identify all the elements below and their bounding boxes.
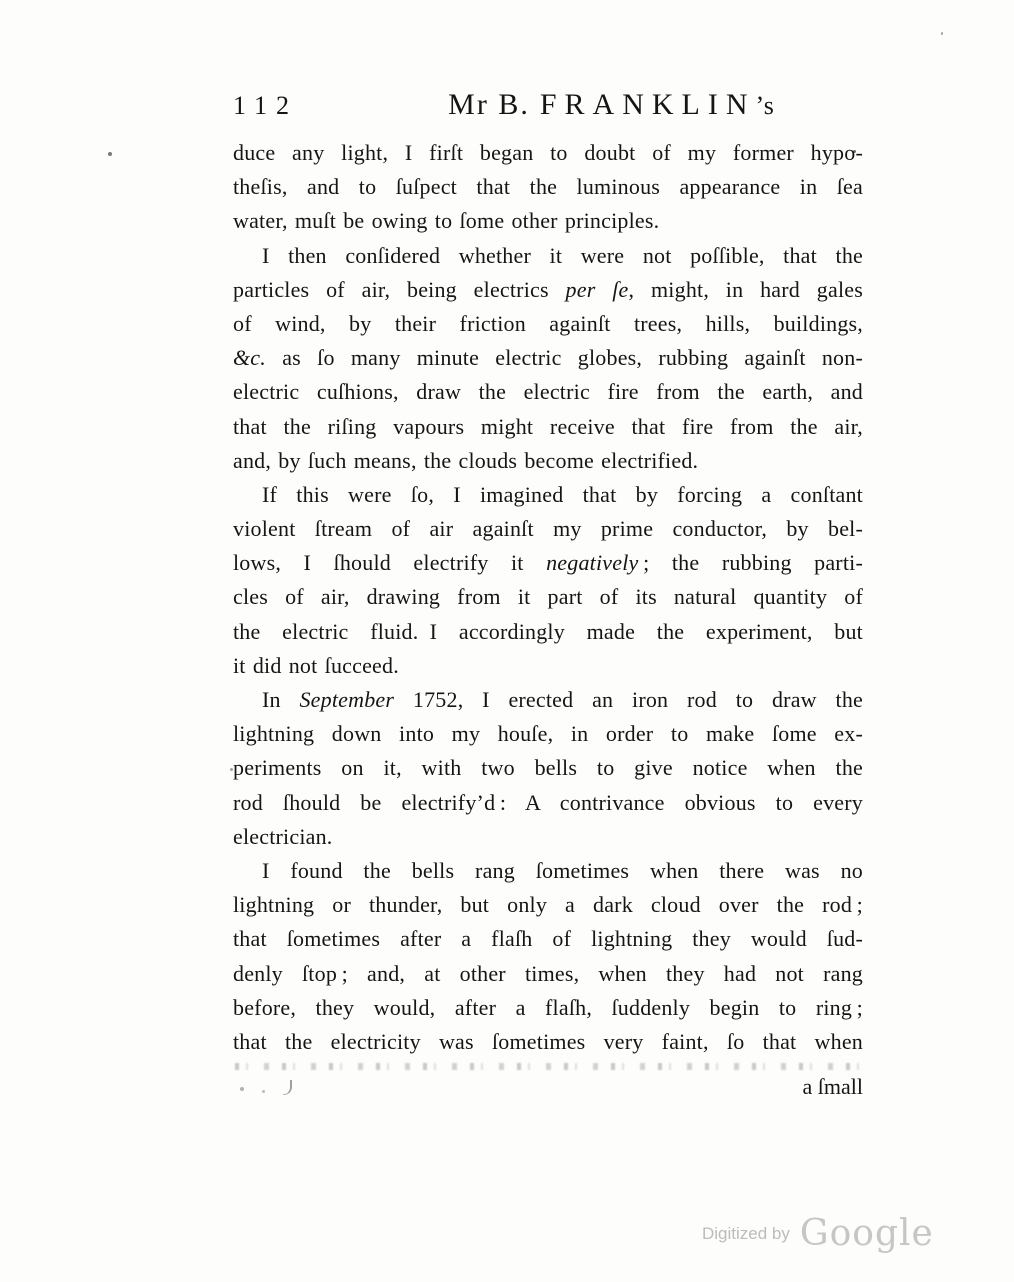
text-line: lows, I ſhould electrify it negatively ;… [233,546,863,580]
text-segment: lightning down into my houſe, in order t… [233,721,863,746]
text-line: before, they would, after a flaſh, ſudde… [233,991,863,1025]
text-line: duce any light, I firſt began to doubt o… [233,136,863,170]
text-line: cles of air, drawing from it part of its… [233,580,863,614]
italic-text-segment: &c. [233,345,266,370]
catchword: a ſmall [233,1072,863,1102]
text-line: violent ſtream of air againſt my prime c… [233,512,863,546]
scan-speck [262,1090,265,1093]
text-segment: it did not ſucceed. [233,653,399,678]
italic-text-segment: September [299,687,394,712]
running-title-name: FRANKLIN [540,88,756,121]
text-segment: ; the rubbing parti- [638,550,863,575]
text-segment: , might, in hard gales [629,277,863,302]
text-segment: 1752, I erected an iron rod to draw the [394,687,863,712]
text-segment: cles of air, drawing from it part of its… [233,584,863,609]
text-line: that the riſing vapours might receive th… [233,410,863,444]
text-segment: water, muſt be owing to ſome other princ… [233,208,659,233]
text-segment: duce any light, I firſt began to doubt o… [233,140,863,165]
page-text-block: 112 Mr B.FRANKLIN’s duce any light, I fi… [233,88,863,1102]
text-segment: of wind, by their friction againſt trees… [233,311,863,336]
text-segment: periments on it, with two bells to give … [233,755,863,780]
scan-speck [230,768,233,771]
text-segment: the electric fluid. I accordingly made t… [233,619,863,644]
text-segment: I found the bells rang ſometimes when th… [262,858,863,883]
text-line: electric cuſhions, draw the electric fir… [233,375,863,409]
text-segment: rod ſhould be electrify’d : A contrivanc… [233,790,863,815]
text-segment: In [262,687,299,712]
text-line: I found the bells rang ſometimes when th… [233,854,863,888]
text-line: I then conſidered whether it were not po… [233,239,863,273]
text-segment: electrician. [233,824,333,849]
text-segment: violent ſtream of air againſt my prime c… [233,516,863,541]
text-line: water, muſt be owing to ſome other princ… [233,204,863,238]
scan-speck [326,462,329,465]
text-segment: particles of air, being electrics [233,277,566,302]
text-line: that the electricity was ſometimes very … [233,1025,863,1059]
text-segment: before, they would, after a flaſh, ſudde… [233,995,863,1020]
page-header: 112 Mr B.FRANKLIN’s [233,88,863,126]
text-segment: that the riſing vapours might receive th… [233,414,863,439]
text-line: periments on it, with two bells to give … [233,751,863,785]
scan-speck [853,150,856,153]
text-line: lightning or thunder, but only a dark cl… [233,888,863,922]
text-segment: that the electricity was ſometimes very … [233,1029,863,1054]
digitization-watermark: Digitized by Google [702,1216,934,1252]
italic-text-segment: negatively [546,550,638,575]
text-line: lightning down into my houſe, in order t… [233,717,863,751]
text-segment: lows, I ſhould electrify it [233,550,546,575]
watermark-text: Digitized by [702,1224,790,1244]
text-line: electrician. [233,820,863,854]
text-line: &c. as ſo many minute electric globes, r… [233,341,863,375]
text-segment: theſis, and to ſuſpect that the luminous… [233,174,863,199]
text-line: of wind, by their friction againſt trees… [233,307,863,341]
text-segment: as ſo many minute electric globes, rubbi… [266,345,863,370]
text-segment: I then conſidered whether it were not po… [262,243,863,268]
text-segment: lightning or thunder, but only a dark cl… [233,892,863,917]
scan-speck [240,1087,244,1091]
text-line: If this were ſo, I imagined that by forc… [233,478,863,512]
text-line: that ſometimes after a flaſh of lightnin… [233,922,863,956]
text-segment: that ſometimes after a flaſh of lightnin… [233,926,863,951]
faded-cropped-line-artifact [235,1063,861,1070]
italic-text-segment: per ſe [566,277,629,302]
body-text: duce any light, I firſt began to doubt o… [233,136,863,1059]
text-segment: electric cuſhions, draw the electric fir… [233,379,863,404]
text-line: particles of air, being electrics per ſe… [233,273,863,307]
text-line: rod ſhould be electrify’d : A contrivanc… [233,786,863,820]
scan-speck [941,32,943,35]
page-number: 112 [233,91,298,121]
text-line: theſis, and to ſuſpect that the luminous… [233,170,863,204]
running-title-prefix: Mr B. [448,88,530,121]
text-line: and, by ſuch means, the clouds become el… [233,444,863,478]
scan-speck [108,152,112,156]
text-line: In September 1752, I erected an iron rod… [233,683,863,717]
text-line: denly ſtop ; and, at other times, when t… [233,957,863,991]
text-line: it did not ſucceed. [233,649,863,683]
scanned-book-page: { "page": { "number": "112", "header": {… [0,0,1014,1282]
running-title-suffix: ’s [756,91,775,120]
text-segment: If this were ſo, I imagined that by forc… [262,482,863,507]
text-segment: denly ſtop ; and, at other times, when t… [233,961,863,986]
running-title: Mr B.FRANKLIN’s [298,88,863,122]
text-line: the electric fluid. I accordingly made t… [233,615,863,649]
text-segment: and, by ſuch means, the clouds become el… [233,448,698,473]
google-logo: Google [800,1216,934,1252]
